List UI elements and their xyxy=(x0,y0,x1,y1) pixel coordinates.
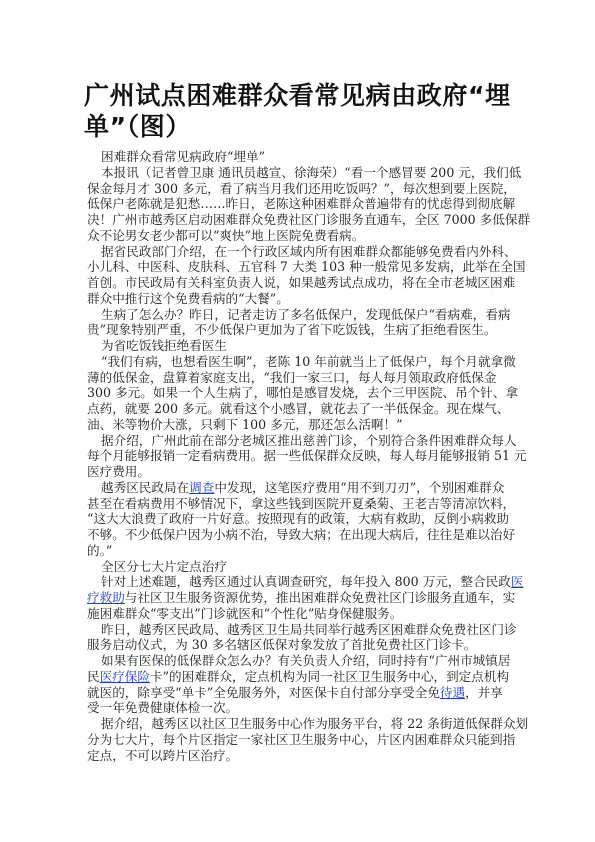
inline-link[interactable]: 医疗保险 xyxy=(100,669,150,684)
inline-link[interactable]: 调查 xyxy=(189,480,214,495)
text-line: “这大大浪费了政府一片好意。按照现有的政策，大病有救助，反倒小病救助 xyxy=(87,511,517,527)
text-line: 就医的，除享受“单卡”全免服务外，对医保卡自付部分享受全免待遇，并享 xyxy=(87,685,517,701)
inline-link[interactable]: 医 xyxy=(511,574,524,589)
text-line: 施困难群众“零支出”门诊就医和“个性化”贴身保健服务。 xyxy=(87,606,517,622)
text-line: 保金每月才 300 多元，看了病当月我们还用吃饭吗？”，每次想到要上医院， xyxy=(87,181,517,197)
text-line: 越秀区民政局在调查中发现，这笔医疗费用“用不到刀刃”，个别困难群众 xyxy=(87,480,517,496)
text-line: 本报讯（记者曾卫康 通讯员越宣、徐海荣）“看一个感冒要 200 元，我们低 xyxy=(87,165,517,181)
text-segment: 就医的，除享受“单卡”全免服务外，对医保卡自付部分享受全免 xyxy=(87,685,440,700)
text-segment: 300 多元。如果一个人生病了，哪怕是感冒发烧，去个三甲医院、吊个针、拿 xyxy=(87,385,518,400)
text-line: 据省民政部门介绍，在一个行政区域内所有困难群众都能够免费看内外科、 xyxy=(87,244,517,260)
text-segment: 民 xyxy=(87,669,100,684)
text-segment: 群众中推行这个免费看病的“大餐”。 xyxy=(87,291,289,306)
text-line: 受一年免费健康体检一次。 xyxy=(87,700,517,716)
text-segment: 油、米等物价大涨，只剩下 100 多元，那还怎么活啊！” xyxy=(87,417,403,432)
text-segment: 的。” xyxy=(87,543,112,558)
text-segment: 越秀区民政局在 xyxy=(101,480,189,495)
text-segment: 受一年免费健康体检一次。 xyxy=(87,700,238,715)
article-body: 困难群众看常见病政府“埋单”本报讯（记者曾卫康 通讯员越宣、徐海荣）“看一个感冒… xyxy=(87,149,517,763)
text-segment: 本报讯（记者曾卫康 通讯员越宣、徐海荣）“看一个感冒要 200 元，我们低 xyxy=(101,165,521,180)
text-line: 如果有医保的低保群众怎么办？有关负责人介绍，同时持有“广州市城镇居 xyxy=(87,653,517,669)
text-segment: 据介绍，广州此前在部分老城区推出慈善门诊，个别符合条件困难群众每人 xyxy=(101,433,517,448)
text-line: 点药，就要 200 多元。就看这个小感冒，就花去了一半低保金。现在煤气、 xyxy=(87,401,517,417)
text-line: 全区分七大片定点治疗 xyxy=(87,559,517,575)
text-segment: 首创。市民政局有关科室负责人说，如果越秀试点成功，将在全市老城区困难 xyxy=(87,275,515,290)
text-segment: 贵”现象特别严重，不少低保户更加为了省下吃饭钱，生病了拒绝看医生。 xyxy=(87,322,496,337)
text-line: 的。” xyxy=(87,543,517,559)
text-line: 甚至在看病费用不够情况下，拿这些钱到医院开夏桑菊、王老吉等清凉饮料， xyxy=(87,496,517,512)
text-segment: 卡”的困难群众，定点机构为同一社区卫生服务中心，到定点机构 xyxy=(150,669,509,684)
text-line: 昨日，越秀区民政局、越秀区卫生局共同举行越秀区困难群众免费社区门诊 xyxy=(87,622,517,638)
text-line: “我们有病，也想看医生啊”，老陈 10 年前就当上了低保户，每个月就拿微 xyxy=(87,354,517,370)
text-segment: 据省民政部门介绍，在一个行政区域内所有困难群众都能够免费看内外科、 xyxy=(101,244,517,259)
text-segment: 针对上述难题，越秀区通过认真调查研究，每年投入 800 万元，整合民政 xyxy=(101,574,511,589)
inline-link[interactable]: 疗救助 xyxy=(87,590,125,605)
text-line: 服务启动仪式，为 30 多名辖区低保对象发放了首批免费社区门诊卡。 xyxy=(87,637,517,653)
text-line: 据介绍，广州此前在部分老城区推出慈善门诊，个别符合条件困难群众每人 xyxy=(87,433,517,449)
text-line: 分为七大片，每个片区指定一家社区卫生服务中心，片区内困难群众只能到指 xyxy=(87,732,517,748)
text-segment: 如果有医保的低保群众怎么办？有关负责人介绍，同时持有“广州市城镇居 xyxy=(101,653,510,668)
text-segment: 中发现，这笔医疗费用“用不到刀刃”，个别困难群众 xyxy=(214,480,504,495)
text-line: 不够。不少低保户因为小病不治，导致大病；在出现大病后，往往是难以治好 xyxy=(87,527,517,543)
inline-link[interactable]: 待遇 xyxy=(440,685,465,700)
text-segment: 施困难群众“零支出”门诊就医和“个性化”贴身保健服务。 xyxy=(87,606,402,621)
article-title-line: 单”（图） xyxy=(84,111,524,142)
text-line: 众不论男女老少都可以“爽快”地上医院免费看病。 xyxy=(87,228,517,244)
text-line: 小儿科、中医科、皮肤科、五官科 7 大类 103 种一般常见多发病，此举在全国 xyxy=(87,259,517,275)
text-segment: 薄的低保金，盘算着家庭支出，“我们一家三口，每人每月领取政府低保金 xyxy=(87,370,496,385)
text-line: 300 多元。如果一个人生病了，哪怕是感冒发烧，去个三甲医院、吊个针、拿 xyxy=(87,385,517,401)
text-line: 医疗费用。 xyxy=(87,464,517,480)
text-segment: 低保户老陈就是犯愁……昨日，老陈这种困难群众普遍带有的忧虑得到彻底解 xyxy=(87,196,515,211)
text-line: 针对上述难题，越秀区通过认真调查研究，每年投入 800 万元，整合民政医 xyxy=(87,574,517,590)
text-line: 群众中推行这个免费看病的“大餐”。 xyxy=(87,291,517,307)
text-segment: 困难群众看常见病政府“埋单” xyxy=(101,149,265,164)
article-title-line: 广州试点困难群众看常见病由政府“埋 xyxy=(84,80,524,111)
text-segment: 分为七大片，每个片区指定一家社区卫生服务中心，片区内困难群众只能到指 xyxy=(87,732,515,747)
text-segment: 不够。不少低保户因为小病不治，导致大病；在出现大病后，往往是难以治好 xyxy=(87,527,515,542)
text-segment: 甚至在看病费用不够情况下，拿这些钱到医院开夏桑菊、王老吉等清凉饮料， xyxy=(87,496,515,511)
text-segment: 服务启动仪式，为 30 多名辖区低保对象发放了首批免费社区门诊卡。 xyxy=(87,637,476,652)
text-segment: “我们有病，也想看医生啊”，老陈 10 年前就当上了低保户，每个月就拿微 xyxy=(101,354,516,369)
text-segment: 小儿科、中医科、皮肤科、五官科 7 大类 103 种一般常见多发病，此举在全国 xyxy=(87,259,525,274)
text-line: 定点，不可以跨片区治疗。 xyxy=(87,748,517,764)
text-segment: 保金每月才 300 多元，看了病当月我们还用吃饭吗？”，每次想到要上医院， xyxy=(87,181,516,196)
text-line: 贵”现象特别严重，不少低保户更加为了省下吃饭钱，生病了拒绝看医生。 xyxy=(87,322,517,338)
document-page: 广州试点困难群众看常见病由政府“埋 单”（图） 困难群众看常见病政府“埋单”本报… xyxy=(0,0,595,842)
text-segment: 点药，就要 200 多元。就看这个小感冒，就花去了一半低保金。现在煤气、 xyxy=(87,401,509,416)
text-segment: 众不论男女老少都可以“爽快”地上医院免费看病。 xyxy=(87,228,364,243)
text-line: 低保户老陈就是犯愁……昨日，老陈这种困难群众普遍带有的忧虑得到彻底解 xyxy=(87,196,517,212)
text-segment: ，并享 xyxy=(465,685,503,700)
text-line: 困难群众看常见病政府“埋单” xyxy=(87,149,517,165)
text-line: 据介绍，越秀区以社区卫生服务中心作为服务平台，将 22 条街道低保群众划 xyxy=(87,716,517,732)
text-segment: 生病了怎么办？昨日，记者走访了多名低保户，发现低保户“看病难，看病 xyxy=(101,307,510,322)
text-segment: 为省吃饭钱拒绝看医生 xyxy=(101,338,227,353)
text-segment: 决！广州市越秀区启动困难群众免费社区门诊服务直通车，全区 7000 多低保群 xyxy=(87,212,530,227)
text-line: 每个月能够报销一定看病费用。据一些低保群众反映，每人每月能够报销 51 元 xyxy=(87,448,517,464)
text-segment: “这大大浪费了政府一片好意。按照现有的政策，大病有救助，反倒小病救助 xyxy=(87,511,509,526)
text-line: 薄的低保金，盘算着家庭支出，“我们一家三口，每人每月领取政府低保金 xyxy=(87,370,517,386)
article-title: 广州试点困难群众看常见病由政府“埋 单”（图） xyxy=(84,80,524,142)
text-segment: 全区分七大片定点治疗 xyxy=(101,559,227,574)
text-line: 首创。市民政局有关科室负责人说，如果越秀试点成功，将在全市老城区困难 xyxy=(87,275,517,291)
text-segment: 定点，不可以跨片区治疗。 xyxy=(87,748,238,763)
text-segment: 医疗费用。 xyxy=(87,464,150,479)
text-line: 疗救助与社区卫生服务资源优势，推出困难群众免费社区门诊服务直通车，实 xyxy=(87,590,517,606)
text-line: 生病了怎么办？昨日，记者走访了多名低保户，发现低保户“看病难，看病 xyxy=(87,307,517,323)
text-segment: 据介绍，越秀区以社区卫生服务中心作为服务平台，将 22 条街道低保群众划 xyxy=(101,716,528,731)
text-line: 决！广州市越秀区启动困难群众免费社区门诊服务直通车，全区 7000 多低保群 xyxy=(87,212,517,228)
text-segment: 昨日，越秀区民政局、越秀区卫生局共同举行越秀区困难群众免费社区门诊 xyxy=(101,622,517,637)
text-line: 为省吃饭钱拒绝看医生 xyxy=(87,338,517,354)
text-line: 油、米等物价大涨，只剩下 100 多元，那还怎么活啊！” xyxy=(87,417,517,433)
text-segment: 与社区卫生服务资源优势，推出困难群众免费社区门诊服务直通车，实 xyxy=(125,590,515,605)
text-line: 民医疗保险卡”的困难群众，定点机构为同一社区卫生服务中心，到定点机构 xyxy=(87,669,517,685)
text-segment: 每个月能够报销一定看病费用。据一些低保群众反映，每人每月能够报销 51 元 xyxy=(87,448,527,463)
